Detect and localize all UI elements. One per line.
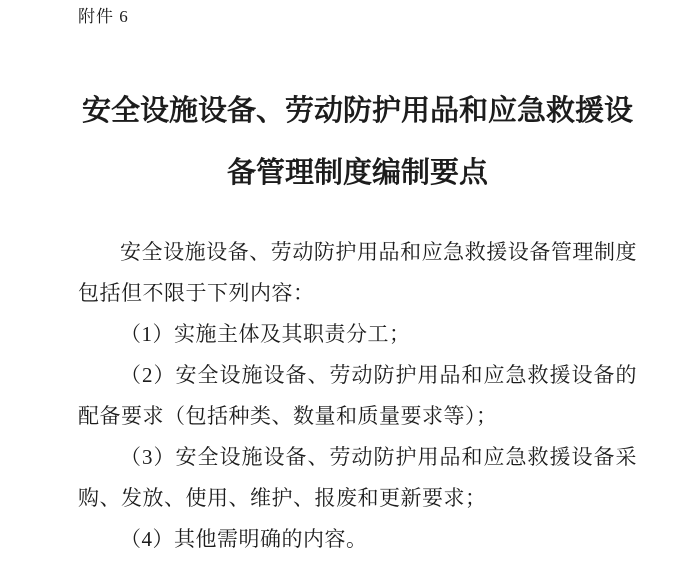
document-body: 安全设施设备、劳动防护用品和应急救援设备管理制度包括但不限于下列内容： （1）实… (78, 232, 637, 560)
body-paragraph-item-3: （3）安全设施设备、劳动防护用品和应急救援设备采购、发放、使用、维护、报废和更新… (78, 437, 637, 519)
body-paragraph-intro: 安全设施设备、劳动防护用品和应急救援设备管理制度包括但不限于下列内容： (78, 232, 637, 314)
body-paragraph-item-4: （4）其他需明确的内容。 (78, 519, 637, 560)
document-content: 附件 6 安全设施设备、劳动防护用品和应急救援设 备管理制度编制要点 安全设施设… (78, 0, 637, 560)
document-title-line2: 备管理制度编制要点 (227, 157, 488, 189)
document-title-line1: 安全设施设备、劳动防护用品和应急救援设 (82, 95, 633, 127)
attachment-label: 附件 6 (78, 6, 637, 28)
body-paragraph-item-2: （2）安全设施设备、劳动防护用品和应急救援设备的配备要求（包括种类、数量和质量要… (78, 355, 637, 437)
document-title: 安全设施设备、劳动防护用品和应急救援设 备管理制度编制要点 (78, 80, 637, 204)
document-page: 附件 6 安全设施设备、劳动防护用品和应急救援设 备管理制度编制要点 安全设施设… (0, 0, 692, 587)
body-paragraph-item-1: （1）实施主体及其职责分工； (78, 314, 637, 355)
